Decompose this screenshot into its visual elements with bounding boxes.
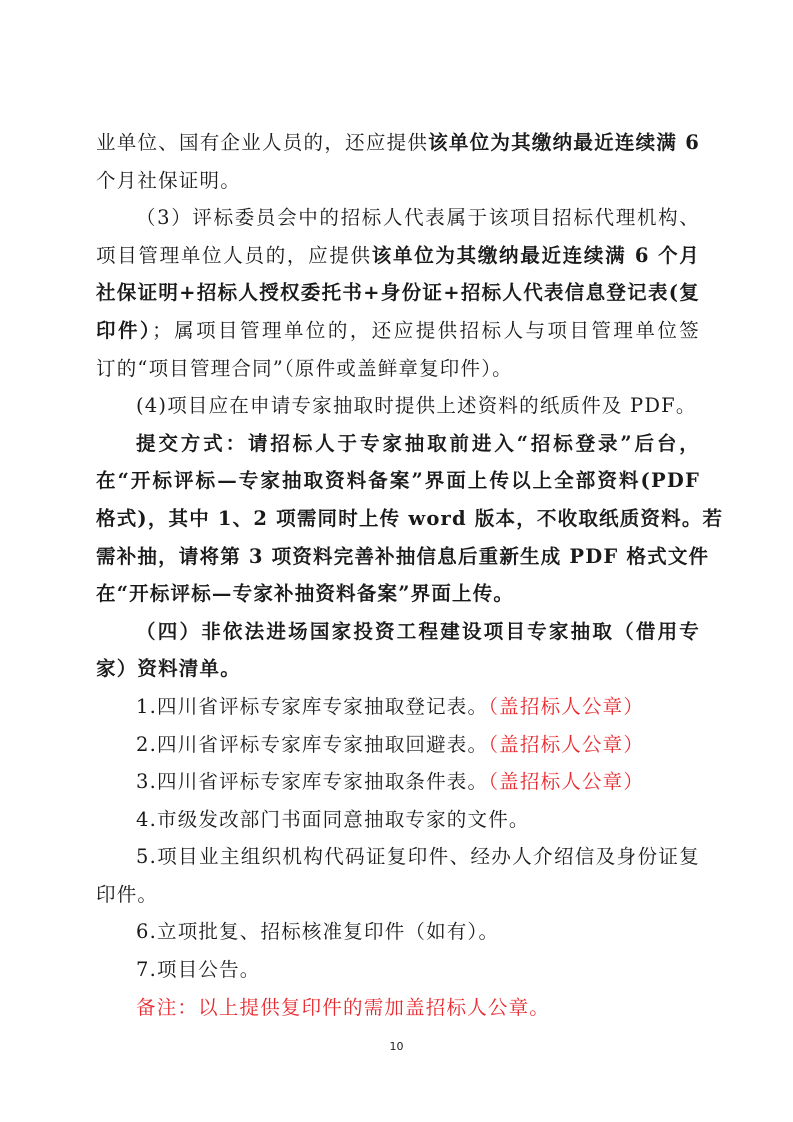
bold-text: 在“开标评标—专家抽取资料备案”界面上传以上全部资料(PDF (96, 469, 700, 492)
bold-text: 格式)，其中 1、2 项需同时上传 word 版本，不收取纸质资料。若 (96, 507, 723, 530)
text-line: (4)项目应在申请专家抽取时提供上述资料的纸质件及 PDF。 (96, 387, 700, 425)
body-text: 7.项目公告。 (136, 958, 261, 981)
body-text: 项目管理单位人员的，应提供 (96, 244, 372, 267)
text-line: 印件）；属项目管理单位的，还应提供招标人与项目管理单位签 (96, 312, 700, 350)
text-line: 1.四川省评标专家库专家抽取登记表。（盖招标人公章） (96, 688, 700, 726)
text-line: （3）评标委员会中的招标人代表属于该项目招标代理机构、 (96, 199, 700, 237)
body-text: 印件。 (96, 883, 158, 906)
text-line: 7.项目公告。 (96, 951, 700, 989)
body-text: 4.市级发改部门书面同意抽取专家的文件。 (136, 808, 530, 831)
document-body: 业单位、国有企业人员的，还应提供该单位为其缴纳最近连续满 6个月社保证明。（3）… (96, 124, 700, 1026)
bold-text: 该单位为其缴纳最近连续满 6 (428, 131, 700, 154)
text-line: 3.四川省评标专家库专家抽取条件表。（盖招标人公章） (96, 763, 700, 801)
text-line: 家）资料清单。 (96, 650, 700, 688)
text-line: 个月社保证明。 (96, 162, 700, 200)
red-note-text: （盖招标人公章） (488, 770, 644, 793)
body-text: 业单位、国有企业人员的，还应提供 (96, 131, 428, 154)
text-line: 社保证明+招标人授权委托书+身份证+招标人代表信息登记表(复 (96, 274, 700, 312)
text-line: 印件。 (96, 876, 700, 914)
red-note-text: 备注：以上提供复印件的需加盖招标人公章。 (136, 996, 550, 1019)
text-line: 在“开标评标—专家补抽资料备案”界面上传。 (96, 575, 700, 613)
text-line: 6.立项批复、招标核准复印件（如有）。 (96, 913, 700, 951)
body-text: 2.四川省评标专家库专家抽取回避表。 (136, 733, 488, 756)
body-text: 6.立项批复、招标核准复印件（如有）。 (136, 920, 499, 943)
body-text: 3.四川省评标专家库专家抽取条件表。 (136, 770, 488, 793)
body-text: 5.项目业主组织机构代码证复印件、经办人介绍信及身份证复 (136, 845, 700, 868)
red-note-text: （盖招标人公章） (488, 695, 644, 718)
text-line: （四）非依法进场国家投资工程建设项目专家抽取（借用专 (96, 613, 700, 651)
text-line: 4.市级发改部门书面同意抽取专家的文件。 (96, 801, 700, 839)
text-line: 项目管理单位人员的，应提供该单位为其缴纳最近连续满 6 个月 (96, 237, 700, 275)
text-line: 提交方式：请招标人于专家抽取前进入“招标登录”后台， (96, 425, 700, 463)
bold-text: 社保证明+招标人授权委托书+身份证+招标人代表信息登记表(复 (96, 281, 700, 304)
body-text: 订的“项目管理合同”（原件或盖鲜章复印件）。 (96, 357, 513, 380)
text-line: 业单位、国有企业人员的，还应提供该单位为其缴纳最近连续满 6 (96, 124, 700, 162)
bold-text: 印件） (96, 319, 152, 342)
text-line: 格式)，其中 1、2 项需同时上传 word 版本，不收取纸质资料。若 (96, 500, 700, 538)
bold-text: （四）非依法进场国家投资工程建设项目专家抽取（借用专 (136, 620, 700, 643)
bold-text: 家）资料清单。 (96, 657, 241, 680)
text-line: 2.四川省评标专家库专家抽取回避表。（盖招标人公章） (96, 726, 700, 764)
red-note-text: （盖招标人公章） (488, 733, 644, 756)
body-text: (4)项目应在申请专家抽取时提供上述资料的纸质件及 PDF。 (136, 394, 697, 417)
body-text: 1.四川省评标专家库专家抽取登记表。 (136, 695, 488, 718)
text-line: 在“开标评标—专家抽取资料备案”界面上传以上全部资料(PDF (96, 462, 700, 500)
text-line: 5.项目业主组织机构代码证复印件、经办人介绍信及身份证复 (96, 838, 700, 876)
body-text: （3）评标委员会中的招标人代表属于该项目招标代理机构、 (136, 206, 700, 229)
bold-text: 在“开标评标—专家补抽资料备案”界面上传。 (96, 582, 514, 605)
bold-text: 提交方式：请招标人于专家抽取前进入“招标登录”后台， (136, 432, 700, 455)
bold-text: 该单位为其缴纳最近连续满 6 个月 (372, 244, 700, 267)
bold-text: 需补抽，请将第 3 项资料完善补抽信息后重新生成 PDF 格式文件 (96, 545, 709, 568)
body-text: ；属项目管理单位的，还应提供招标人与项目管理单位签 (152, 319, 700, 342)
text-line: 备注：以上提供复印件的需加盖招标人公章。 (96, 989, 700, 1027)
text-line: 订的“项目管理合同”（原件或盖鲜章复印件）。 (96, 350, 700, 388)
page-number: 10 (0, 1040, 793, 1053)
text-line: 需补抽，请将第 3 项资料完善补抽信息后重新生成 PDF 格式文件 (96, 538, 700, 576)
body-text: 个月社保证明。 (96, 169, 241, 192)
